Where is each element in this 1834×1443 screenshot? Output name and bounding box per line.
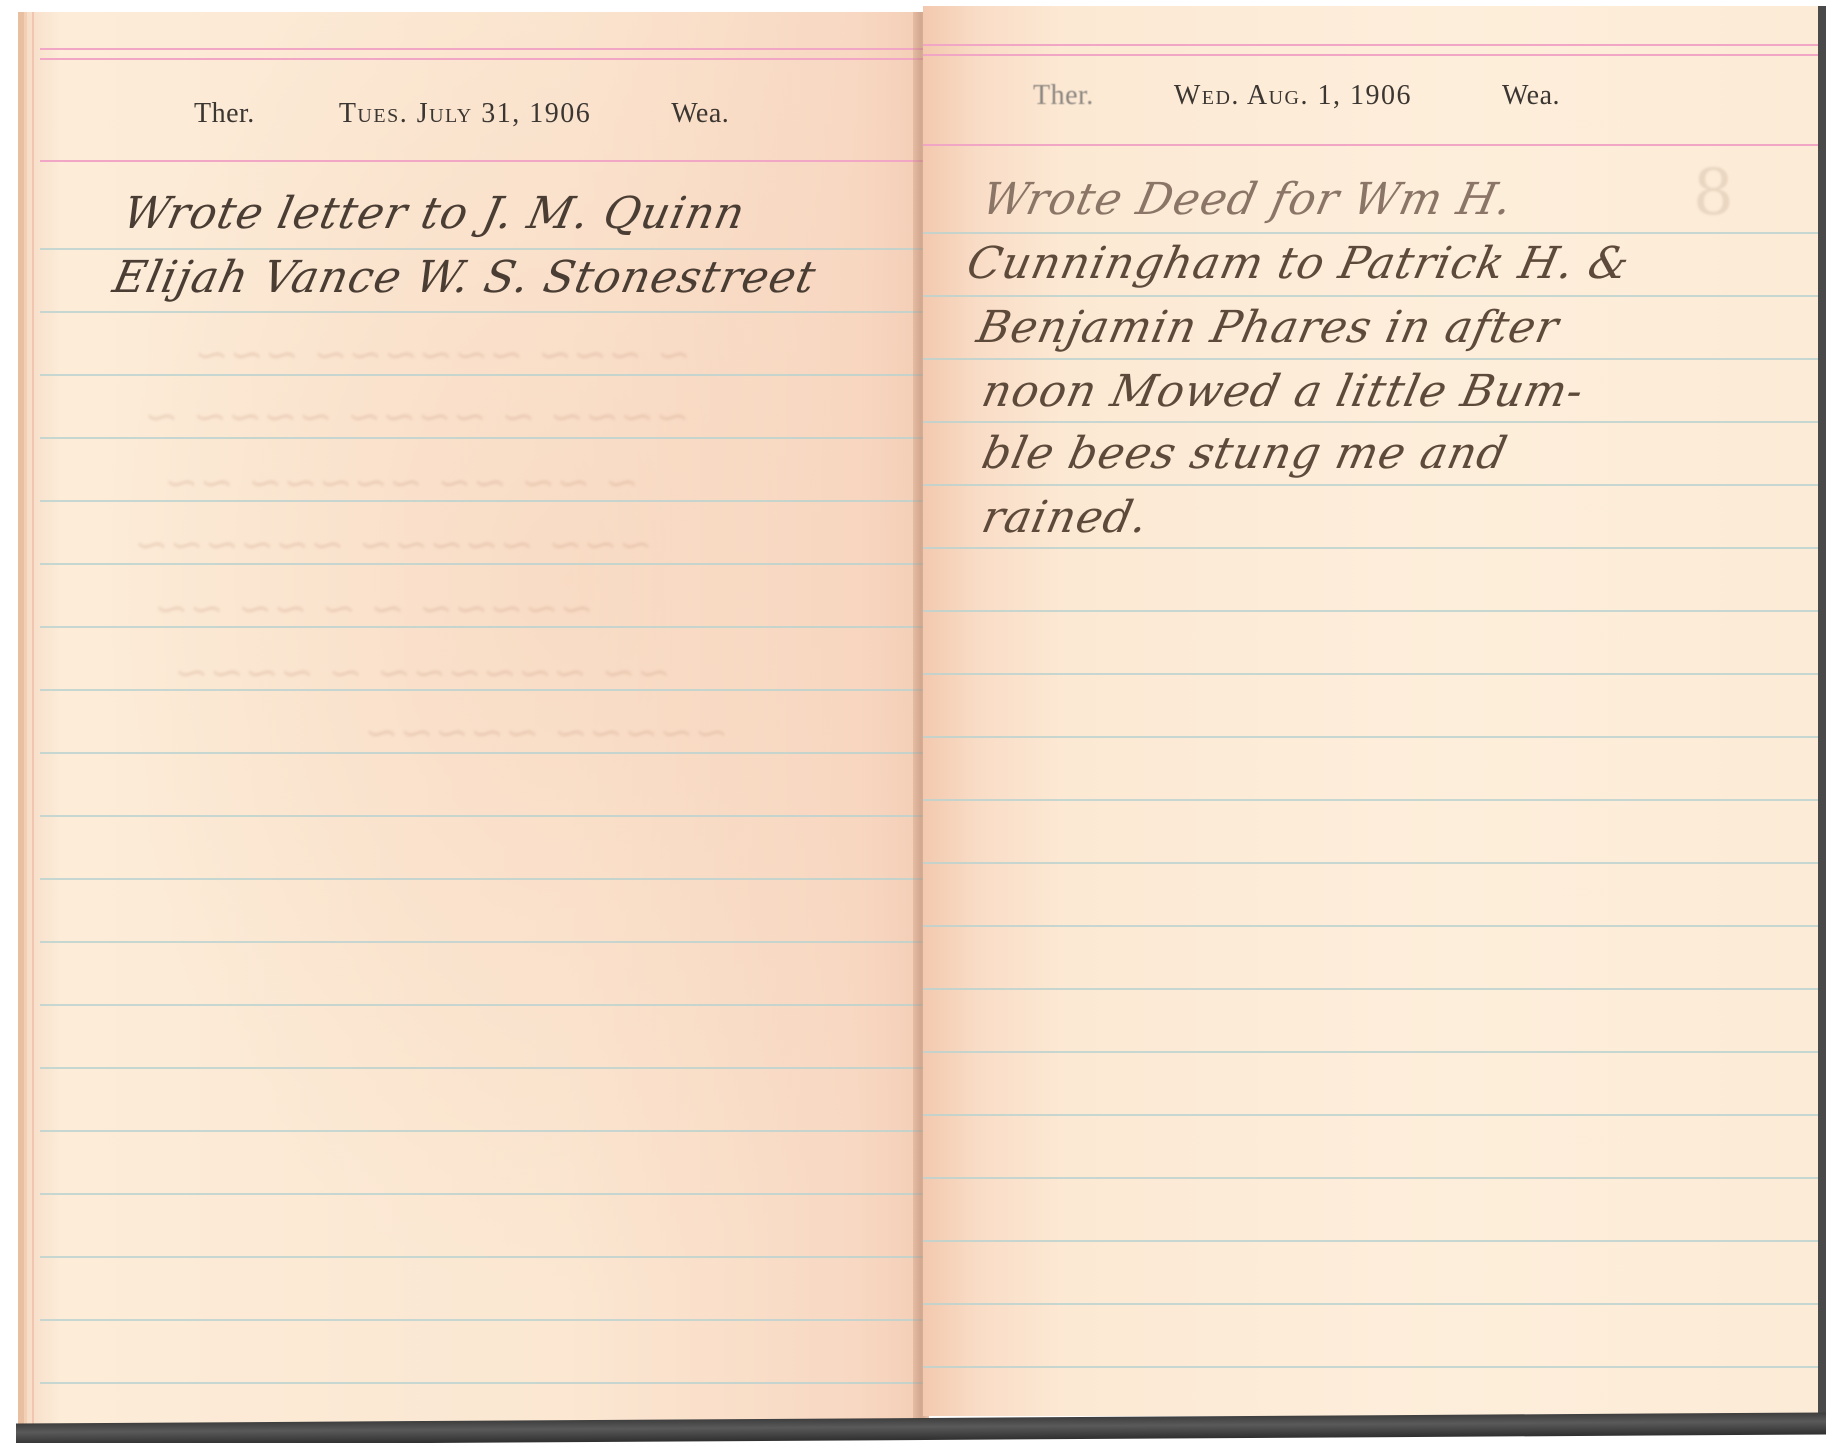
entry-line: ble bees stung me and [978,428,1512,479]
ruled-line [923,295,1818,297]
bleed-through-text: ~~~ ~~~~~ ~~~~~~ [130,520,658,569]
ruled-line [923,1114,1818,1116]
entry-line: Wrote Deed for Wm H. [978,174,1518,225]
header-top-rule-2 [40,58,929,60]
ruled-line [40,1256,929,1258]
ruled-line [40,941,929,943]
ruled-line [923,1366,1818,1368]
right-page-header: Ther. Wed. Aug. 1, 1906 Wea. [923,80,1818,112]
ruled-line [923,1240,1818,1242]
ther-label: Ther. [1033,80,1094,112]
ruled-line [40,878,929,880]
ruled-line [40,248,929,250]
left-margin-line [32,12,34,1430]
ruled-line [923,421,1818,423]
entry-line: noon Mowed a little Bum- [978,366,1589,417]
right-page: Ther. Wed. Aug. 1, 1906 Wea. 8 Wrote Dee… [923,6,1826,1416]
ruled-line [923,1303,1818,1305]
entry-line: Benjamin Phares in after [973,302,1564,353]
ther-label: Ther. [194,98,255,130]
bleed-through-text: ~~~~~ ~~~~~ [360,708,734,757]
ruled-line [923,673,1818,675]
header-bottom-rule [40,160,929,162]
ruled-line [40,1319,929,1321]
wea-label: Wea. [671,98,729,130]
diary-spread: Ther. Tues. July 31, 1906 Wea. ~ ~~~ ~~~… [8,12,1824,1430]
header-top-rule-2 [923,54,1818,56]
ruled-line [923,547,1818,549]
entry-line: Wrote letter to J. M. Quinn [119,188,750,239]
ruled-line [923,484,1818,486]
ruled-line [40,815,929,817]
header-top-rule [923,44,1818,46]
header-top-rule [40,48,929,50]
ruled-line [923,862,1818,864]
bleed-through-text: ~~~~ ~ ~~~~ ~~~~ ~ [140,392,695,441]
entry-line: Cunningham to Patrick H. & [963,238,1635,289]
ruled-line [923,232,1818,234]
ruled-line [40,1193,929,1195]
bleed-through-text: ~ ~~ ~~ ~~~~~ ~~ [160,458,644,507]
bleed-through-text: ~~~~~ ~ ~ ~~ ~~ [150,584,599,633]
left-page: Ther. Tues. July 31, 1906 Wea. ~ ~~~ ~~~… [18,12,929,1430]
wea-label: Wea. [1502,80,1560,112]
ruled-line [40,1067,929,1069]
page-date: Wed. Aug. 1, 1906 [1174,80,1412,112]
ruled-line [40,1382,929,1384]
left-page-header: Ther. Tues. July 31, 1906 Wea. [24,98,929,130]
ruled-line [40,1004,929,1006]
ruled-line [40,311,929,313]
ruled-line [923,610,1818,612]
ruled-line [923,736,1818,738]
bleed-through-text: ~ ~~~ ~~~~~~ ~~~ [190,330,696,379]
ruled-line [923,1177,1818,1179]
entry-line: rained. [978,492,1154,543]
bleed-through-text: ~~ ~~~~~~ ~ ~~~~ [170,648,676,697]
bleed-through-mark: 8 [1693,156,1734,230]
ruled-line [923,1051,1818,1053]
ruled-line [923,358,1818,360]
page-date: Tues. July 31, 1906 [339,98,591,130]
ruled-line [923,988,1818,990]
ruled-line [40,1130,929,1132]
header-bottom-rule [923,144,1818,146]
entry-line: Elijah Vance W. S. Stonestreet [109,252,821,303]
ruled-line [923,925,1818,927]
ruled-line [923,799,1818,801]
